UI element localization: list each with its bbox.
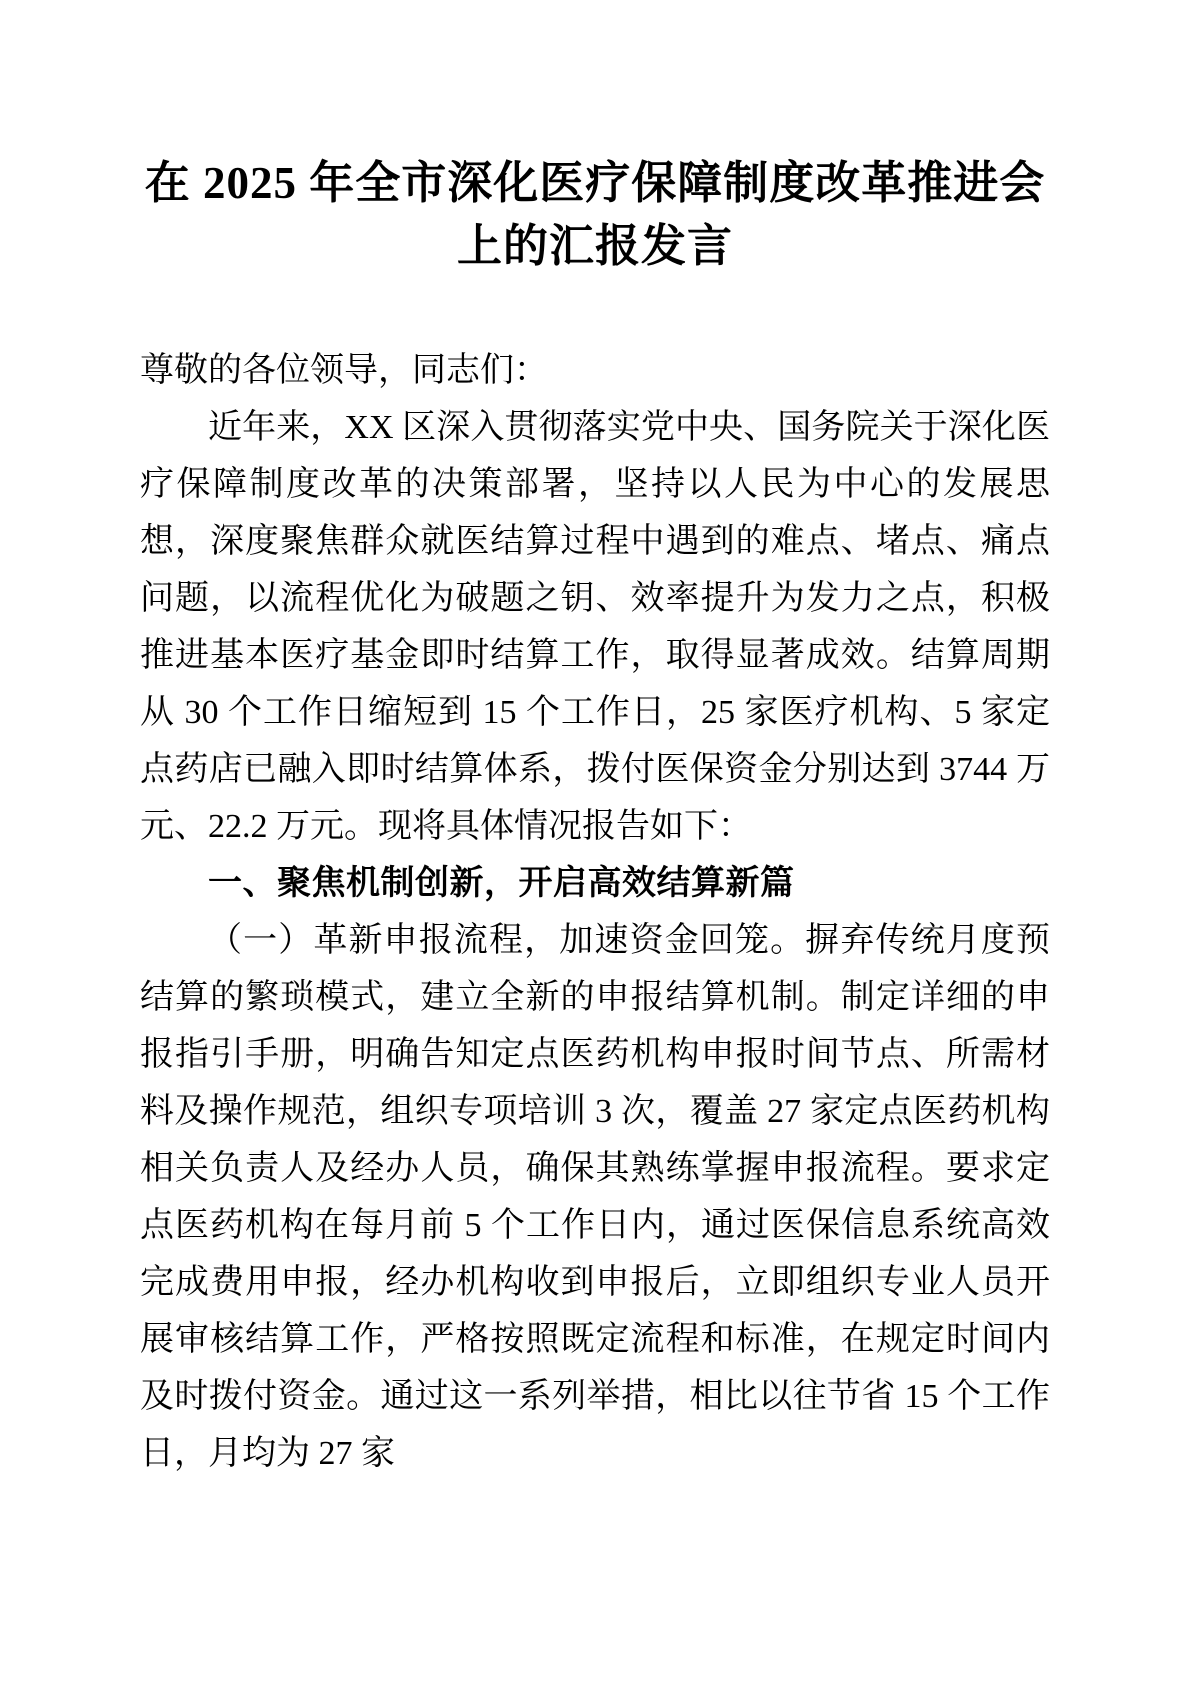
document-content: 在 2025 年全市深化医疗保障制度改革推进会上的汇报发言 尊敬的各位领导，同志…: [140, 0, 1050, 1482]
section-heading-1: 一、聚焦机制创新，开启高效结算新篇: [140, 855, 1050, 912]
salutation-line: 尊敬的各位领导，同志们：: [140, 342, 1050, 399]
subitem-paragraph-1: （一）革新申报流程，加速资金回笼。摒弃传统月度预结算的繁琐模式，建立全新的申报结…: [140, 912, 1050, 1482]
document-title: 在 2025 年全市深化医疗保障制度改革推进会上的汇报发言: [140, 152, 1050, 278]
subitem-body-text: 摒弃传统月度预结算的繁琐模式，建立全新的申报结算机制。制定详细的申报指引手册，明…: [140, 922, 1050, 1472]
document-body: 尊敬的各位领导，同志们： 近年来，XX 区深入贯彻落实党中央、国务院关于深化医疗…: [140, 342, 1050, 1482]
subitem-lead-sentence: （一）革新申报流程，加速资金回笼。: [208, 922, 805, 959]
document-page: 在 2025 年全市深化医疗保障制度改革推进会上的汇报发言 尊敬的各位领导，同志…: [0, 0, 1190, 1683]
intro-paragraph: 近年来，XX 区深入贯彻落实党中央、国务院关于深化医疗保障制度改革的决策部署，坚…: [140, 399, 1050, 855]
